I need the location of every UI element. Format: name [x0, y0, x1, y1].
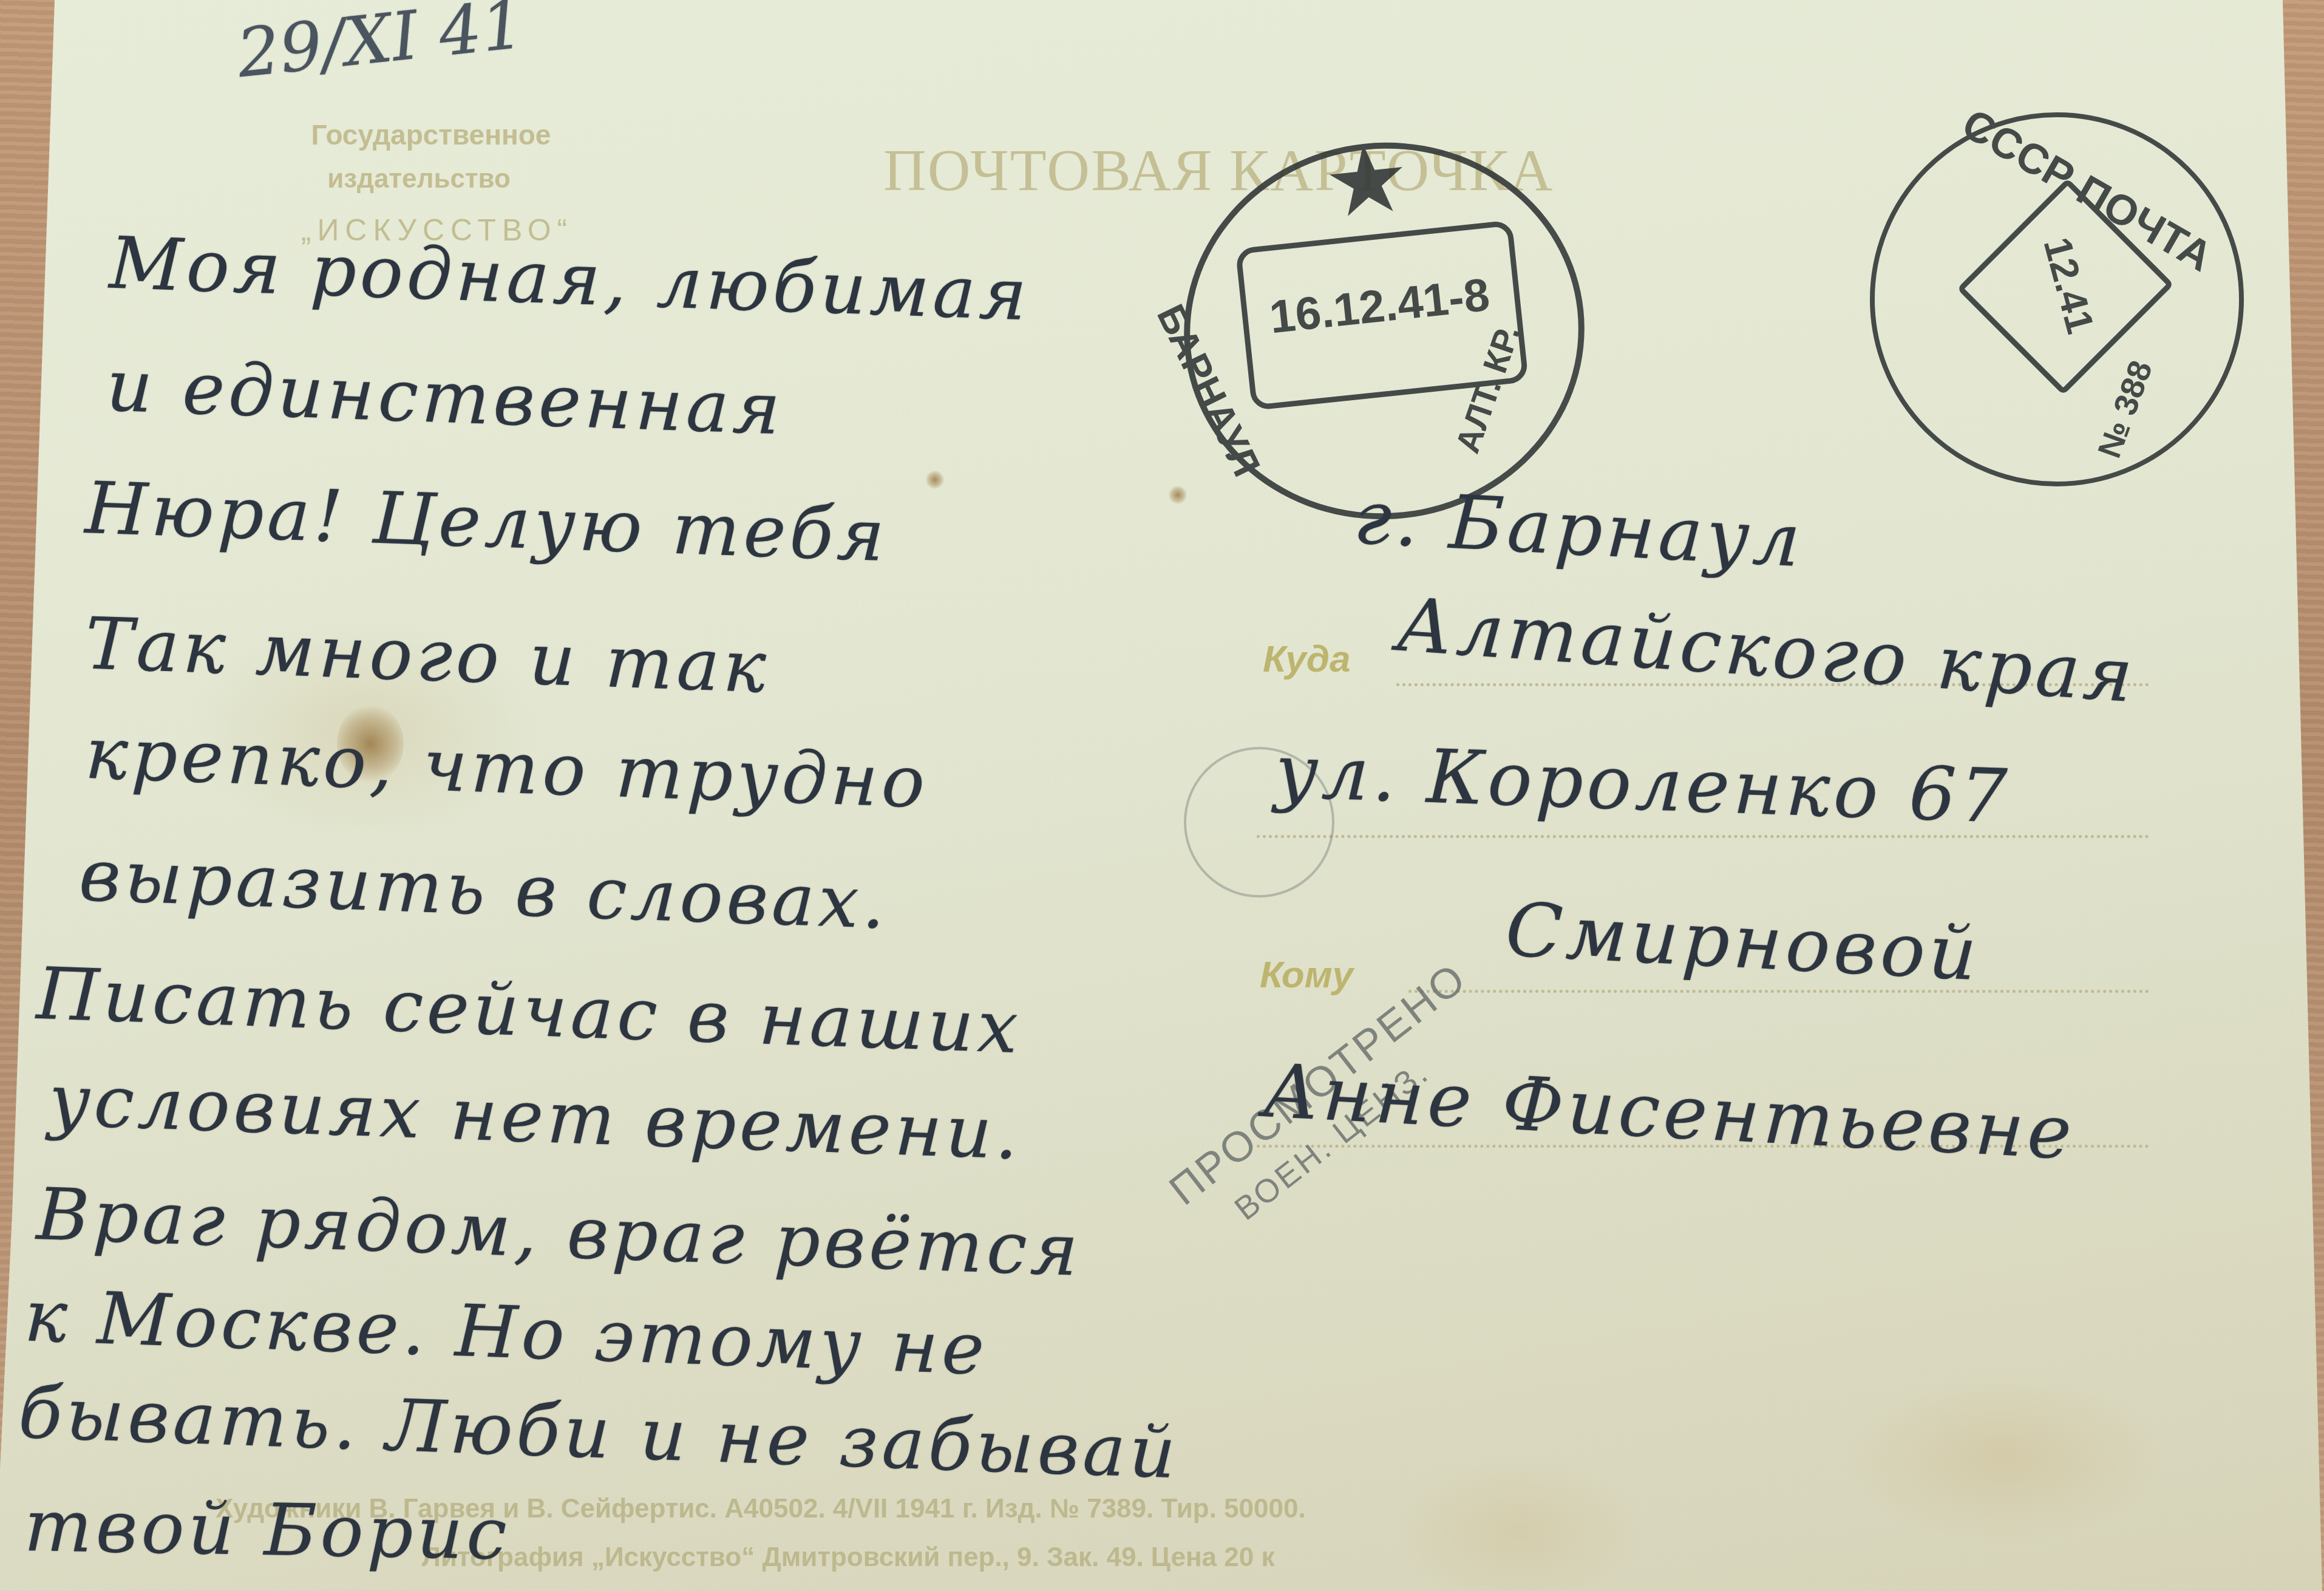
- imprint-line-2: Литография „Искусство“ Дмитровский пер.,…: [422, 1542, 1274, 1573]
- message-signature: твой Борис: [24, 1484, 511, 1576]
- handwritten-date: 29/XI 41: [234, 0, 528, 92]
- address-label-to: Куда: [1263, 638, 1351, 681]
- message-line: бывать. Люби и не забывай: [17, 1371, 1180, 1495]
- recipient-surname: Смирновой: [1504, 887, 1982, 998]
- postmark-sssr: СССР ПОЧТА 12.41 № 388: [1870, 112, 2244, 486]
- postmark-sssr-number: № 388: [2090, 356, 2160, 463]
- message-line: и единственная: [105, 344, 785, 451]
- stain: [1169, 486, 1187, 504]
- publisher-line-1: Государственное: [249, 118, 613, 151]
- address-line: [1257, 835, 2149, 838]
- recipient-name: Анне Фисентьевне: [1261, 1048, 2077, 1176]
- message-line: к Москве. Но этому не: [23, 1273, 990, 1391]
- postmark-star-icon: ★: [1324, 128, 1410, 234]
- message-line: Писать сейчас в наших: [35, 952, 1023, 1070]
- address-region: Алтайского края: [1395, 582, 2139, 720]
- message-line: Моя родная, любимая: [108, 221, 1031, 337]
- address-city: г. Барнаул: [1352, 474, 1806, 584]
- message-line: Нюра! Целую тебя: [84, 466, 889, 577]
- message-line: Враг рядом, враг рвётся: [35, 1172, 1083, 1292]
- message-line: условиях нет времени.: [47, 1058, 1023, 1176]
- address-label-whom: Кому: [1260, 953, 1353, 997]
- message-line: крепко, что трудно: [84, 711, 930, 824]
- address-street: ул. Короленко 67: [1274, 728, 2012, 840]
- address-line: [1408, 990, 2149, 993]
- stain: [926, 471, 944, 489]
- message-line: выразить в словах.: [78, 833, 890, 945]
- postcard: Государственное издательство „ИСКУССТВО“…: [0, 0, 2324, 1591]
- publisher-line-2: издательство: [267, 164, 571, 194]
- message-line: Так много и так: [84, 601, 771, 709]
